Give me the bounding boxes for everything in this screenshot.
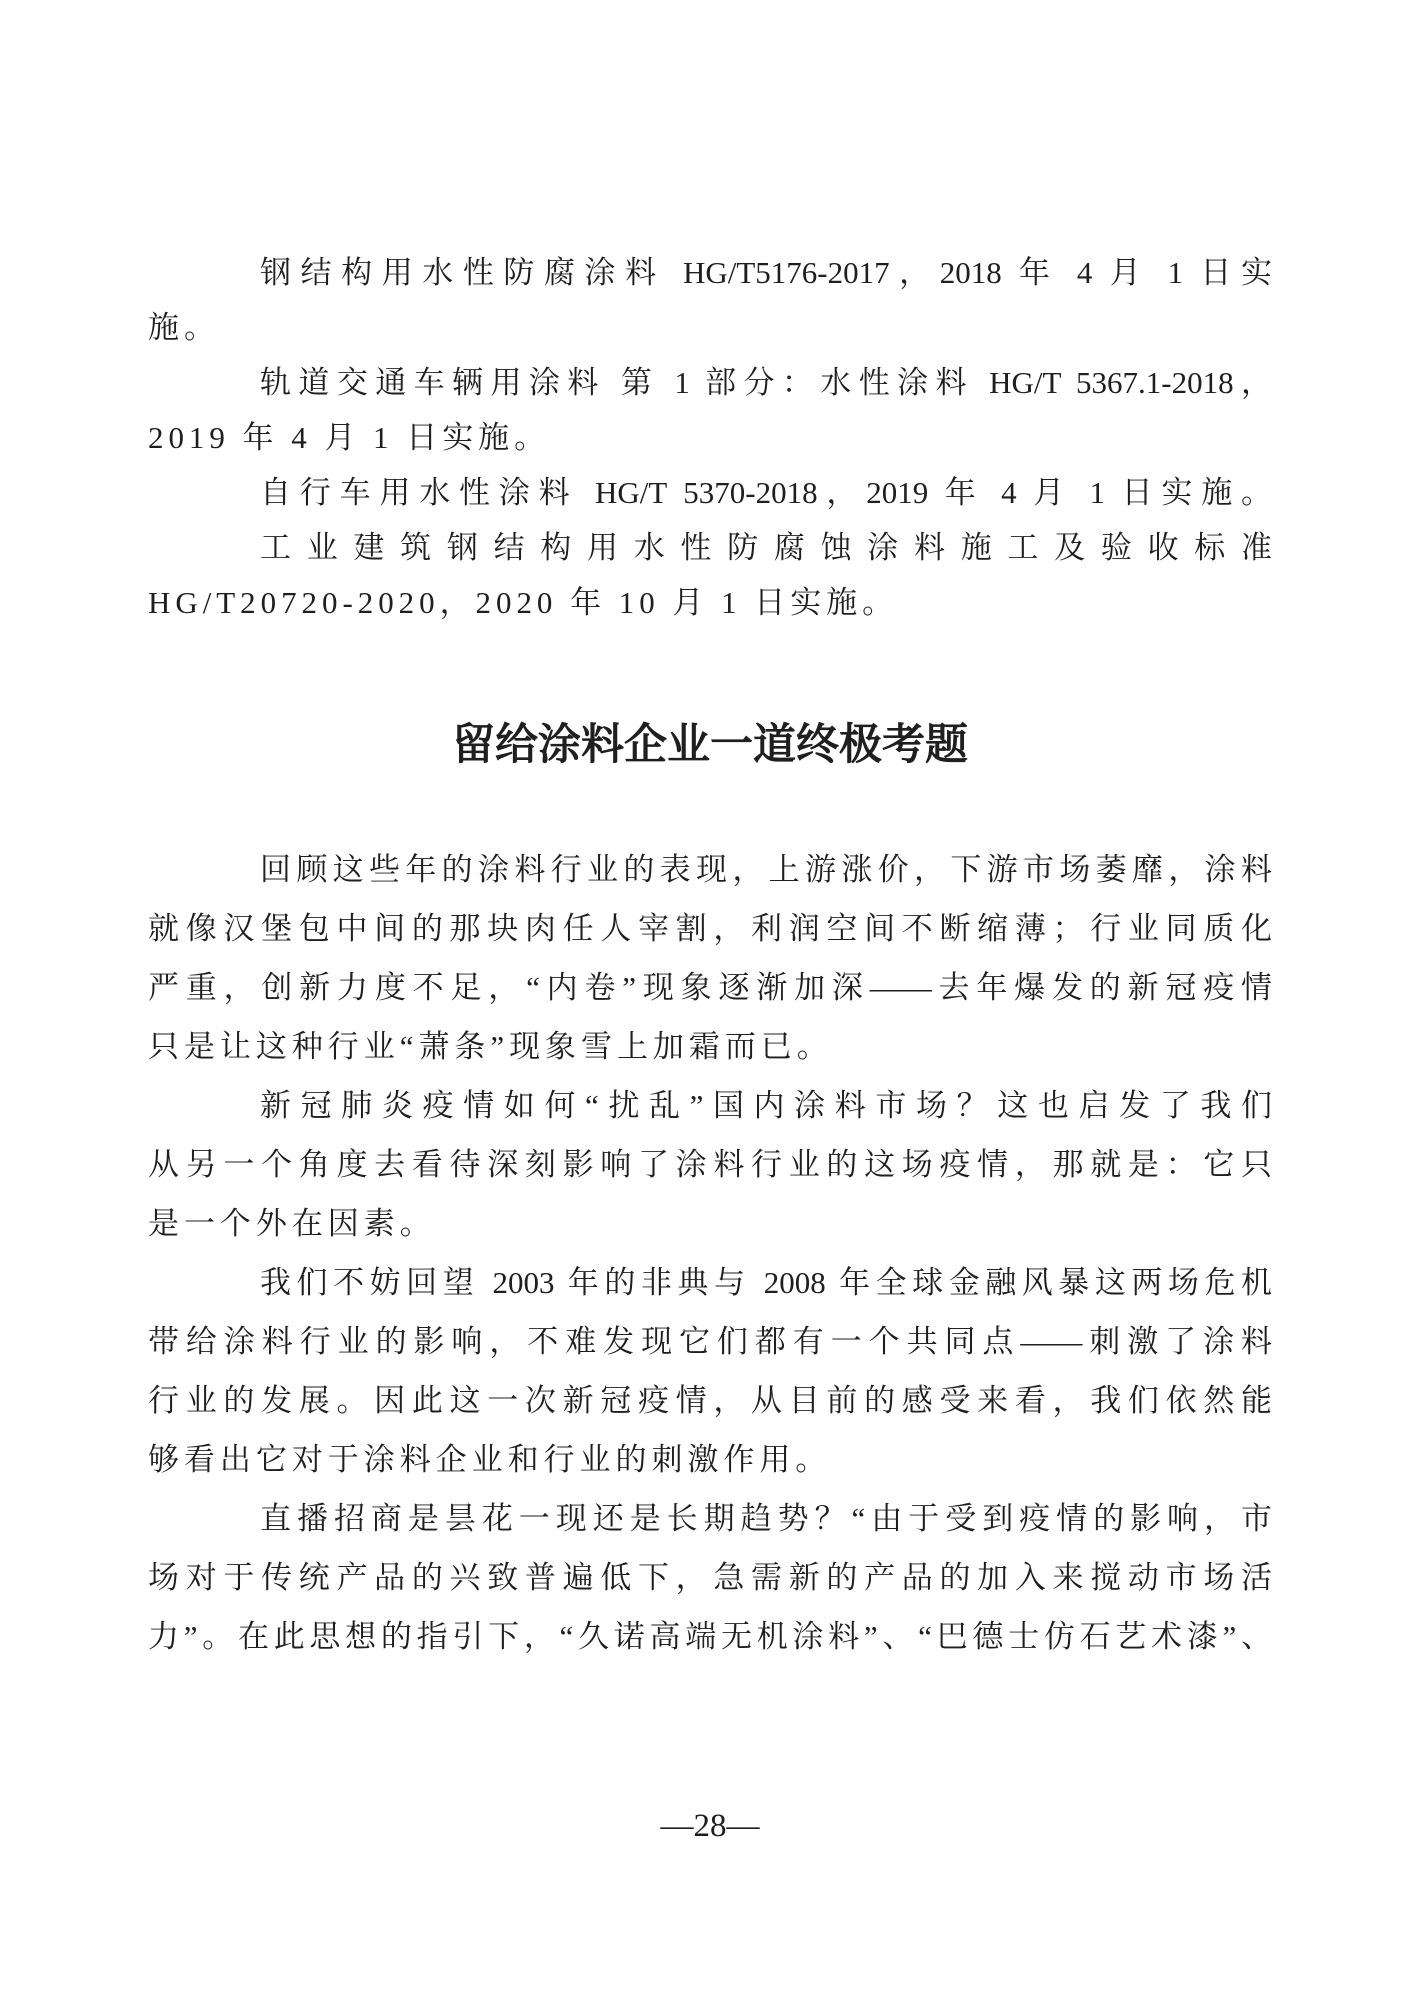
- paragraph: 工业建筑钢结构用水性防腐蚀涂料施工及验收标准HG/T20720-2020，202…: [148, 520, 1272, 630]
- text-line: 就像汉堡包中间的那块肉任人宰割，利润空间不断缩薄；行业同质化: [148, 899, 1272, 958]
- text-line: HG/T20720-2020，2020 年 10 月 1 日实施。: [148, 575, 1272, 630]
- page-number: —28—: [148, 1806, 1272, 1846]
- text-line: 直播招商是昙花一现还是长期趋势？“由于受到疫情的影响，市: [148, 1489, 1272, 1548]
- text-line: 自行车用水性涂料 HG/T 5370-2018，2019 年 4 月 1 日实施…: [148, 465, 1272, 520]
- text-line: 只是让这种行业“萧条”现象雪上加霜而已。: [148, 1017, 1272, 1076]
- text-line: 够看出它对于涂料企业和行业的刺激作用。: [148, 1430, 1272, 1489]
- text-line: 回顾这些年的涂料行业的表现，上游涨价，下游市场萎靡，涂料: [148, 840, 1272, 899]
- text-line: 工业建筑钢结构用水性防腐蚀涂料施工及验收标准: [148, 520, 1272, 575]
- text-line: 新冠肺炎疫情如何“扰乱”国内涂料市场？这也启发了我们: [148, 1076, 1272, 1135]
- text-line: 轨道交通车辆用涂料 第 1 部分：水性涂料 HG/T 5367.1-2018，: [148, 355, 1272, 410]
- document-page: 钢结构用水性防腐涂料 HG/T5176-2017，2018 年 4 月 1 日实…: [0, 0, 1415, 2000]
- paragraph: 自行车用水性涂料 HG/T 5370-2018，2019 年 4 月 1 日实施…: [148, 465, 1272, 520]
- paragraph: 轨道交通车辆用涂料 第 1 部分：水性涂料 HG/T 5367.1-2018，2…: [148, 355, 1272, 465]
- text-line: 严重，创新力度不足，“内卷”现象逐渐加深——去年爆发的新冠疫情: [148, 958, 1272, 1017]
- text-line: 我们不妨回望 2003 年的非典与 2008 年全球金融风暴这两场危机: [148, 1253, 1272, 1312]
- paragraph: 回顾这些年的涂料行业的表现，上游涨价，下游市场萎靡，涂料就像汉堡包中间的那块肉任…: [148, 840, 1272, 1076]
- article-body: 回顾这些年的涂料行业的表现，上游涨价，下游市场萎靡，涂料就像汉堡包中间的那块肉任…: [148, 840, 1272, 1666]
- text-line: 钢结构用水性防腐涂料 HG/T5176-2017，2018 年 4 月 1 日实: [148, 245, 1272, 300]
- text-line: 施。: [148, 300, 1272, 355]
- paragraph: 新冠肺炎疫情如何“扰乱”国内涂料市场？这也启发了我们从另一个角度去看待深刻影响了…: [148, 1076, 1272, 1253]
- paragraph: 钢结构用水性防腐涂料 HG/T5176-2017，2018 年 4 月 1 日实…: [148, 245, 1272, 355]
- text-line: 力”。在此思想的指引下，“久诺高端无机涂料”、“巴德士仿石艺术漆”、: [148, 1607, 1272, 1666]
- paragraph: 我们不妨回望 2003 年的非典与 2008 年全球金融风暴这两场危机带给涂料行…: [148, 1253, 1272, 1489]
- text-line: 带给涂料行业的影响，不难发现它们都有一个共同点——刺激了涂料: [148, 1312, 1272, 1371]
- text-line: 行业的发展。因此这一次新冠疫情，从目前的感受来看，我们依然能: [148, 1371, 1272, 1430]
- text-line: 场对于传统产品的兴致普遍低下，急需新的产品的加入来搅动市场活: [148, 1548, 1272, 1607]
- text-line: 从另一个角度去看待深刻影响了涂料行业的这场疫情，那就是：它只: [148, 1135, 1272, 1194]
- standards-section: 钢结构用水性防腐涂料 HG/T5176-2017，2018 年 4 月 1 日实…: [148, 245, 1272, 630]
- text-line: 2019 年 4 月 1 日实施。: [148, 410, 1272, 465]
- article-title: 留给涂料企业一道终极考题: [148, 716, 1272, 776]
- text-line: 是一个外在因素。: [148, 1194, 1272, 1253]
- paragraph: 直播招商是昙花一现还是长期趋势？“由于受到疫情的影响，市场对于传统产品的兴致普遍…: [148, 1489, 1272, 1666]
